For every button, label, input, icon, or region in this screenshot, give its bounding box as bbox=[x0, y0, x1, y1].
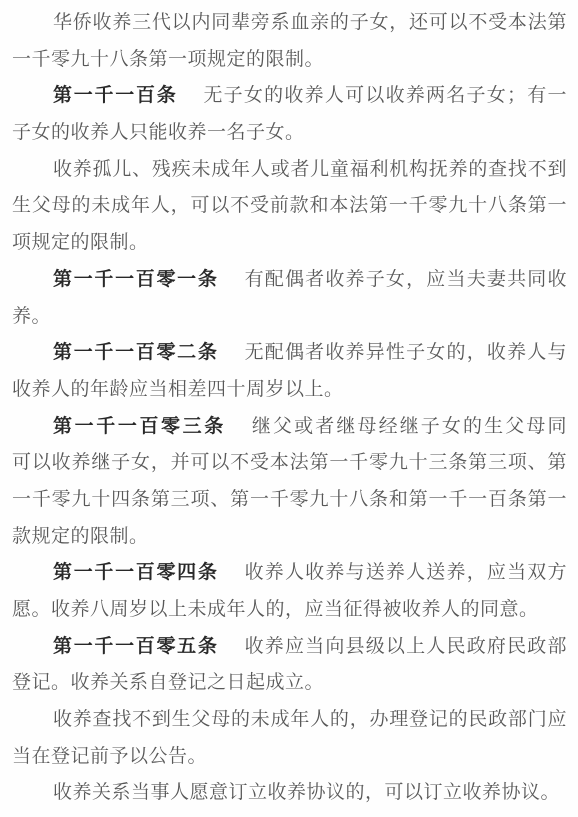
paragraph-line: 收养孤儿、残疾未成年人或者儿童福利机构抚养的查找不到 bbox=[53, 159, 567, 180]
text-line: 第一千一百零一条有配偶者收养子女，应当夫妻共同收 bbox=[12, 262, 567, 299]
paragraph-line: 一千零九十八条第一项规定的限制。 bbox=[12, 49, 324, 70]
paragraph-line: 登记。收养关系自登记之日起成立。 bbox=[12, 672, 324, 693]
text-line: 一千零九十八条第一项规定的限制。 bbox=[12, 42, 567, 79]
text-line: 华侨收养三代以内同辈旁系血亲的子女，还可以不受本法第 bbox=[12, 5, 567, 42]
text-line: 登记。收养关系自登记之日起成立。 bbox=[12, 665, 567, 702]
article-number: 第一千一百零一条 bbox=[53, 269, 219, 290]
text-line: 收养查找不到生父母的未成年人的，办理登记的民政部门应 bbox=[12, 702, 567, 739]
paragraph: 第一千一百零一条有配偶者收养子女，应当夫妻共同收养。 bbox=[12, 262, 567, 335]
paragraph-line: 当在登记前予以公告。 bbox=[12, 746, 207, 767]
text-line: 款规定的限制。 bbox=[12, 519, 567, 556]
text-line: 收养孤儿、残疾未成年人或者儿童福利机构抚养的查找不到 bbox=[12, 152, 567, 189]
paragraph-line: 收养关系当事人愿意订立收养协议的，可以订立收养协议。 bbox=[53, 782, 560, 803]
paragraph: 第一千一百零二条无配偶者收养异性子女的，收养人与被收养人的年龄应当相差四十周岁以… bbox=[12, 335, 567, 408]
article-number: 第一千一百零五条 bbox=[53, 636, 219, 657]
paragraph-line: 收养人的年龄应当相差四十周岁以上。 bbox=[12, 379, 344, 400]
paragraph-line: 项规定的限制。 bbox=[12, 232, 149, 253]
article-number: 第一千一百零三条 bbox=[53, 416, 226, 437]
article-number: 第一千一百零四条 bbox=[53, 562, 219, 583]
paragraph: 收养查找不到生父母的未成年人的，办理登记的民政部门应当在登记前予以公告。 bbox=[12, 702, 567, 775]
paragraph: 第一千一百零四条收养人收养与送养人送养，应当双方自愿。收养八周岁以上未成年人的，… bbox=[12, 555, 567, 628]
paragraph-line: 一千零九十四条第三项、第一千零九十八条和第一千一百条第一 bbox=[12, 489, 567, 510]
paragraph: 第一千一百条无子女的收养人可以收养两名子女；有一名子女的收养人只能收养一名子女。 bbox=[12, 78, 567, 151]
paragraph: 收养孤儿、残疾未成年人或者儿童福利机构抚养的查找不到生父母的未成年人，可以不受前… bbox=[12, 152, 567, 262]
paragraph-line: 子女的收养人只能收养一名子女。 bbox=[12, 122, 305, 143]
paragraph-line: 可以收养继子女，并可以不受本法第一千零九十三条第三项、第 bbox=[12, 452, 567, 473]
text-line: 当在登记前予以公告。 bbox=[12, 739, 567, 776]
text-line: 项规定的限制。 bbox=[12, 225, 567, 262]
paragraph-line: 愿。收养八周岁以上未成年人的，应当征得被收养人的同意。 bbox=[12, 599, 539, 620]
text-line: 第一千一百零五条收养应当向县级以上人民政府民政部门 bbox=[12, 629, 567, 666]
text-line: 愿。收养八周岁以上未成年人的，应当征得被收养人的同意。 bbox=[12, 592, 567, 629]
paragraph-line: 有配偶者收养子女，应当夫妻共同收 bbox=[245, 269, 567, 290]
text-line: 第一千一百零三条继父或者继母经继子女的生父母同意， bbox=[12, 409, 567, 446]
text-line: 子女的收养人只能收养一名子女。 bbox=[12, 115, 567, 152]
text-line: 一千零九十四条第三项、第一千零九十八条和第一千一百条第一 bbox=[12, 482, 567, 519]
paragraph-line: 生父母的未成年人，可以不受前款和本法第一千零九十八条第一 bbox=[12, 195, 567, 216]
paragraph-line: 华侨收养三代以内同辈旁系血亲的子女，还可以不受本法第 bbox=[53, 12, 567, 33]
article-number: 第一千一百条 bbox=[53, 85, 177, 106]
text-line: 养。 bbox=[12, 299, 567, 336]
text-line: 第一千一百零二条无配偶者收养异性子女的，收养人与被 bbox=[12, 335, 567, 372]
text-line: 可以收养继子女，并可以不受本法第一千零九十三条第三项、第 bbox=[12, 445, 567, 482]
paragraph-line: 款规定的限制。 bbox=[12, 526, 149, 547]
paragraph-line: 收养查找不到生父母的未成年人的，办理登记的民政部门应 bbox=[53, 709, 567, 730]
text-line: 第一千一百零四条收养人收养与送养人送养，应当双方自 bbox=[12, 555, 567, 592]
paragraph: 华侨收养三代以内同辈旁系血亲的子女，还可以不受本法第一千零九十八条第一项规定的限… bbox=[12, 5, 567, 78]
text-line: 收养关系当事人愿意订立收养协议的，可以订立收养协议。 bbox=[12, 775, 567, 812]
paragraph: 第一千一百零三条继父或者继母经继子女的生父母同意，可以收养继子女，并可以不受本法… bbox=[12, 409, 567, 556]
article-number: 第一千一百零二条 bbox=[53, 342, 219, 363]
document-page: 华侨收养三代以内同辈旁系血亲的子女，还可以不受本法第一千零九十八条第一项规定的限… bbox=[0, 0, 578, 817]
text-line: 第一千一百条无子女的收养人可以收养两名子女；有一名 bbox=[12, 78, 567, 115]
text-line: 生父母的未成年人，可以不受前款和本法第一千零九十八条第一 bbox=[12, 188, 567, 225]
paragraph: 收养关系当事人愿意订立收养协议的，可以订立收养协议。 bbox=[12, 775, 567, 812]
paragraph-line: 养。 bbox=[12, 306, 51, 327]
paragraph: 第一千一百零五条收养应当向县级以上人民政府民政部门登记。收养关系自登记之日起成立… bbox=[12, 629, 567, 702]
text-line: 收养人的年龄应当相差四十周岁以上。 bbox=[12, 372, 567, 409]
